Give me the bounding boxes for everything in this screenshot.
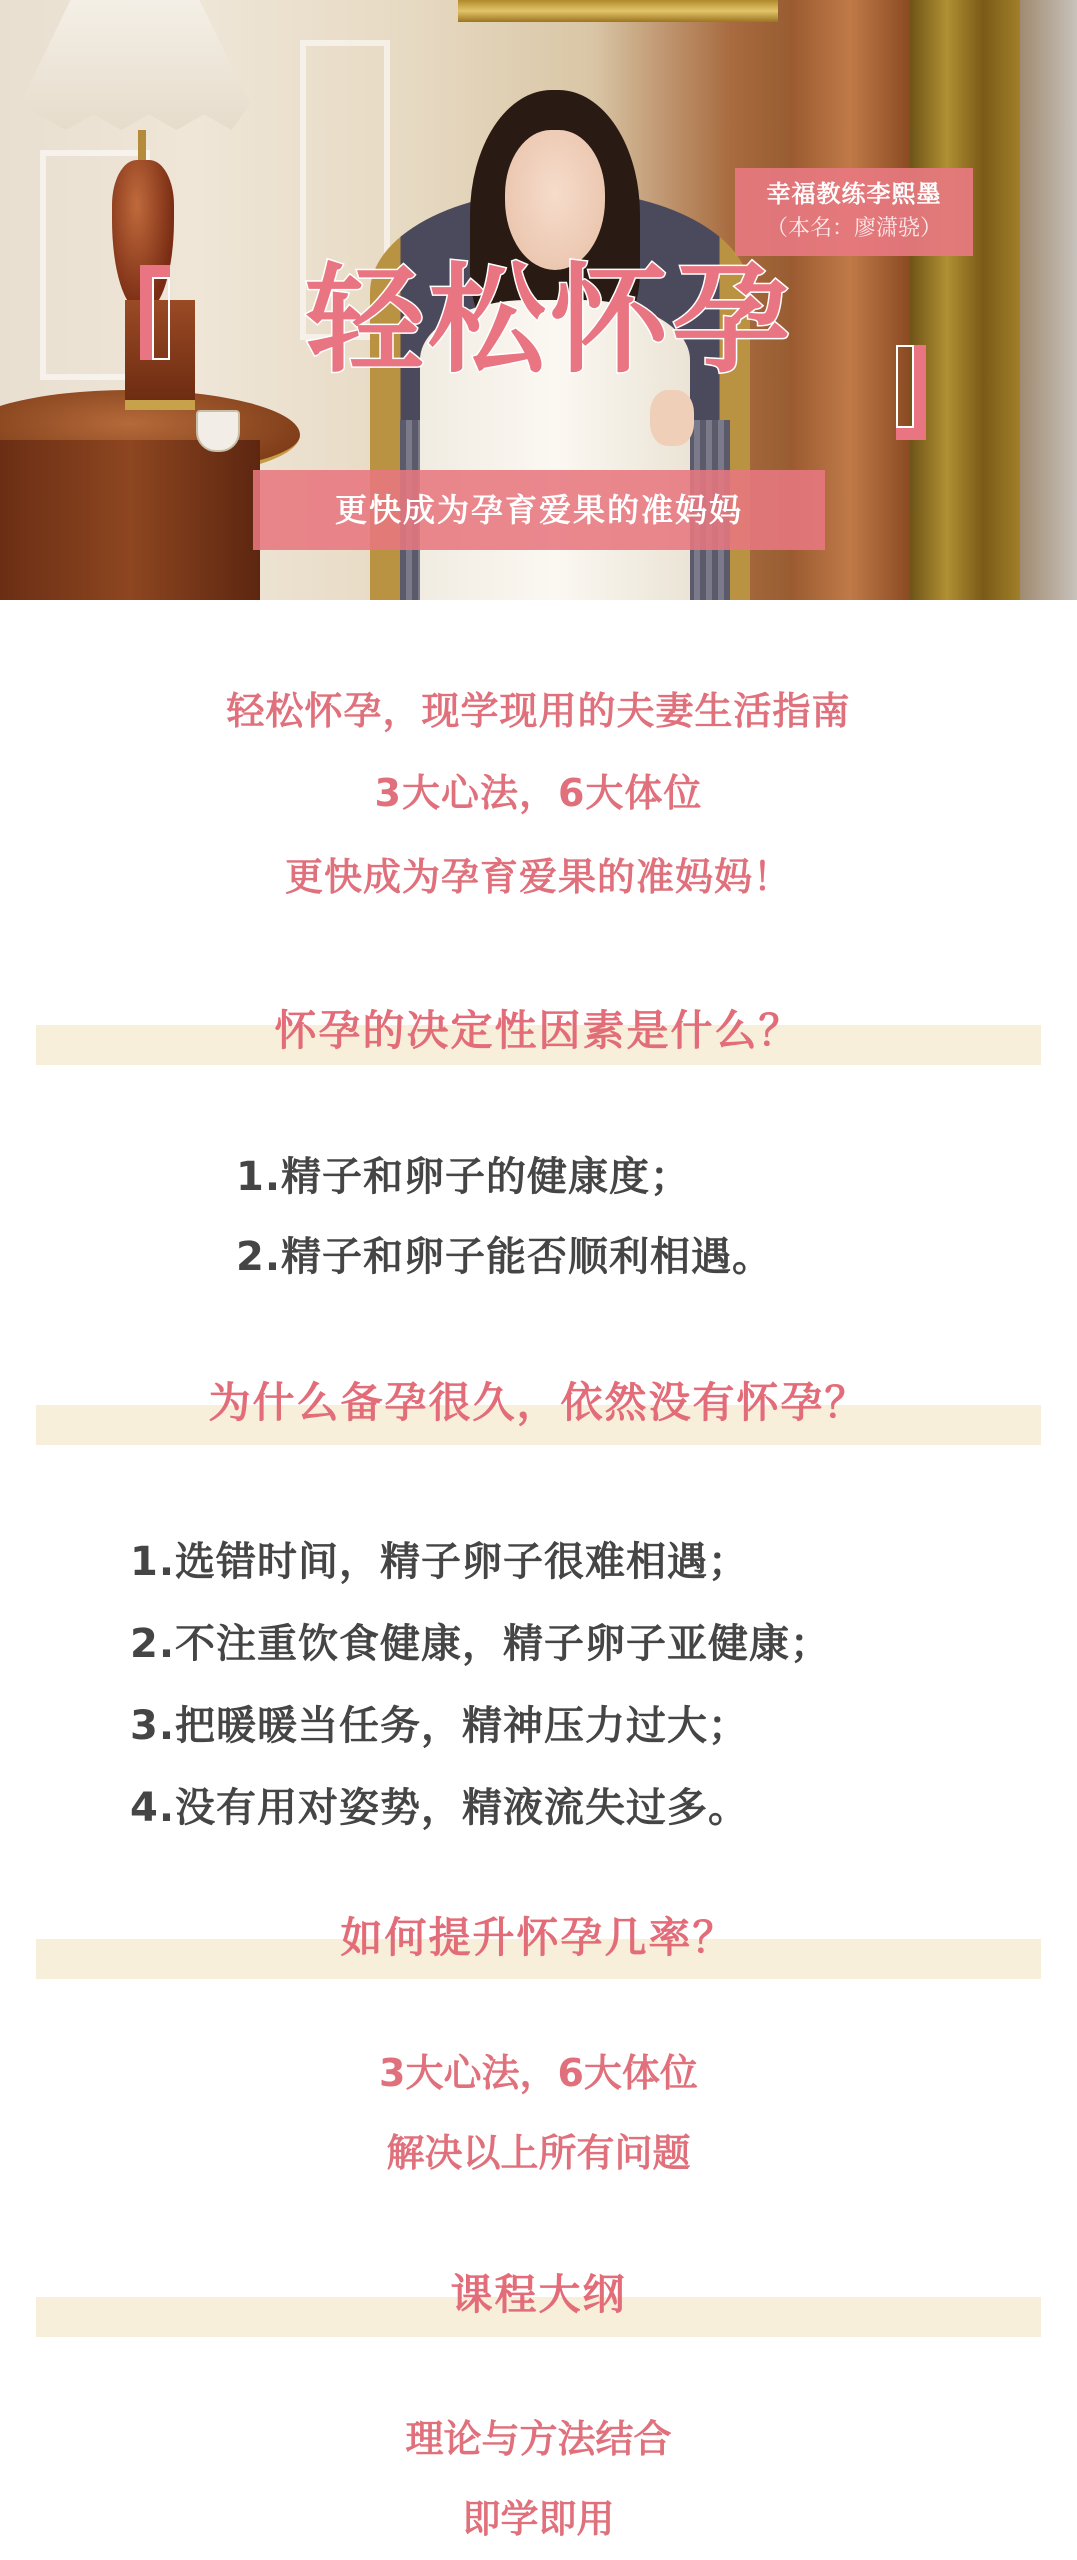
list-item: 1.精子和卵子的健康度； — [236, 1145, 691, 1202]
intro-line-2: 3大心法，6大体位 — [0, 762, 1077, 817]
hero-banner: 幸福教练李熙墨 （本名：廖潇骁） 轻松怀孕 更快成为孕育爱果的准妈妈 — [0, 0, 1077, 600]
section-title-why-not-pregnant: 为什么备孕很久，依然没有怀孕？ — [0, 1370, 1077, 1430]
side-table-body-decoration — [0, 440, 260, 600]
section-title-improve-odds: 如何提升怀孕几率？ — [0, 1905, 1077, 1965]
hero-title: 轻松怀孕 — [220, 255, 880, 385]
coach-name-badge: 幸福教练李熙墨 （本名：廖潇骁） — [735, 168, 973, 256]
list-item: 2.精子和卵子能否顺利相遇。 — [236, 1225, 773, 1282]
coach-name: 幸福教练李熙墨 — [735, 176, 973, 212]
list-item: 3.把暖暖当任务，精神压力过大； — [130, 1694, 749, 1751]
list-item: 1.选错时间，精子卵子很难相遇； — [130, 1530, 749, 1587]
coach-real-name: （本名：廖潇骁） — [735, 212, 973, 246]
corner-bracket-right-icon — [896, 345, 926, 440]
intro-line-1: 轻松怀孕，现学现用的夫妻生活指南 — [0, 680, 1077, 735]
section-title-course-outline: 课程大纲 — [0, 2262, 1077, 2322]
intro-line-3: 更快成为孕育爱果的准妈妈！ — [0, 846, 1077, 901]
list-item: 2.不注重饮食健康，精子卵子亚健康； — [130, 1612, 831, 1669]
outline-line-1: 理论与方法结合 — [0, 2408, 1077, 2463]
solution-line-1: 3大心法，6大体位 — [0, 2042, 1077, 2097]
gold-frame-decoration — [458, 0, 778, 22]
solution-line-2: 解决以上所有问题 — [0, 2122, 1077, 2177]
hero-subtitle: 更快成为孕育爱果的准妈妈 — [253, 470, 825, 550]
presenter-face — [505, 130, 605, 270]
wall-edge-decoration — [1020, 0, 1077, 600]
outline-line-2: 即学即用 — [0, 2488, 1077, 2543]
list-item: 4.没有用对姿势，精液流失过多。 — [130, 1776, 749, 1833]
corner-bracket-left-icon — [140, 265, 170, 360]
curtain-decoration — [910, 0, 1020, 600]
lamp-shade-decoration — [20, 0, 250, 130]
teacup-decoration — [196, 410, 240, 452]
section-title-deciding-factors: 怀孕的决定性因素是什么？ — [0, 998, 1077, 1058]
presenter-hand — [650, 390, 694, 446]
